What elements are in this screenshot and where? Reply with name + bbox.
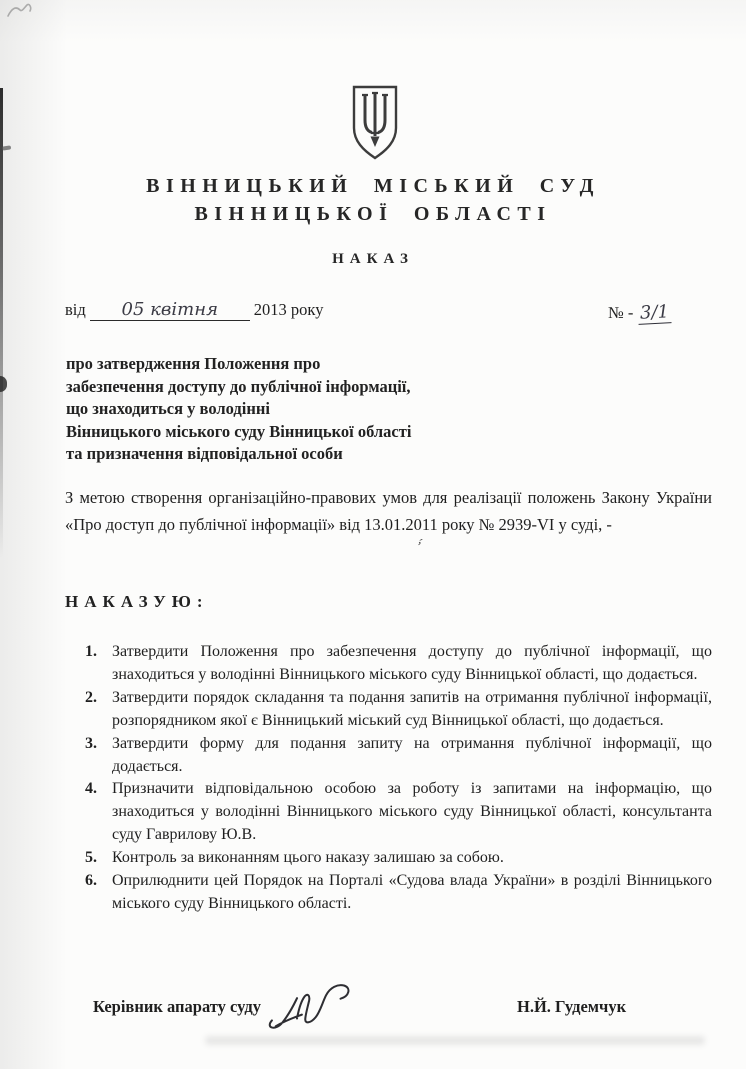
- order-item-5: 5. Контроль за виконанням цього наказу з…: [85, 847, 712, 870]
- signatory-name: Н.Й. Гудемчук: [517, 997, 626, 1017]
- date-block: від05 квітня2013 року: [65, 300, 323, 321]
- order-item-text: Призначити відповідальною особою за робо…: [112, 780, 712, 843]
- order-item-number: 5.: [85, 847, 97, 870]
- handwritten-date: 05 квітня: [90, 301, 250, 321]
- order-heading: НАКАЗУЮ:: [65, 592, 209, 612]
- order-subject: про затвердження Положення про забезпече…: [66, 353, 546, 466]
- court-name-heading: ВІННИЦЬКИЙ МІСЬКИЙ СУД ВІННИЦЬКОЇ ОБЛАСТ…: [0, 172, 746, 228]
- date-year-label: 2013 року: [254, 300, 324, 319]
- page-bleedthrough-smudge: [205, 1036, 705, 1045]
- order-item-2: 2. Затвердити порядок складання та подан…: [85, 687, 712, 733]
- order-item-text: Оприлюднити цей Порядок на Порталі «Судо…: [112, 872, 712, 912]
- order-item-number: 4.: [85, 778, 97, 801]
- order-item-text: Контроль за виконанням цього наказу зали…: [112, 849, 504, 866]
- signatory-title: Керівник апарату суду: [93, 997, 261, 1017]
- handwritten-order-number: 3/1: [638, 301, 672, 325]
- court-name-line1: ВІННИЦЬКИЙ МІСЬКИЙ СУД: [0, 172, 746, 200]
- order-number-block: № -3/1: [608, 302, 671, 324]
- order-item-text: Затвердити форму для подання запиту на о…: [112, 735, 712, 775]
- scan-corner-pen-mark: [6, 2, 46, 24]
- order-item-1: 1. Затвердити Положення про забезпечення…: [85, 641, 712, 687]
- scan-edge-blob: [0, 376, 7, 392]
- court-name-line2: ВІННИЦЬКОЇ ОБЛАСТІ: [0, 200, 746, 228]
- order-item-number: 2.: [85, 687, 97, 710]
- order-item-text: Затвердити порядок складання та подання …: [112, 689, 712, 729]
- order-number-label: № -: [608, 303, 633, 322]
- ukraine-trident-emblem-icon: [350, 84, 400, 162]
- order-item-4: 4. Призначити відповідальною особою за р…: [85, 778, 712, 847]
- scan-edge-mark: [2, 145, 11, 150]
- date-prefix-label: від: [65, 300, 86, 319]
- order-items-list: 1. Затвердити Положення про забезпечення…: [85, 641, 712, 916]
- document-type-title: НАКАЗ: [0, 251, 746, 268]
- order-preamble: З метою створення організаційно-правових…: [65, 485, 712, 538]
- stray-pen-mark: ’́: [414, 540, 422, 557]
- order-item-number: 6.: [85, 870, 97, 893]
- scan-edge-shadow: [0, 88, 3, 558]
- order-item-3: 3. Затвердити форму для подання запиту н…: [85, 733, 712, 779]
- order-item-6: 6. Оприлюднити цей Порядок на Порталі «С…: [85, 870, 712, 916]
- order-item-text: Затвердити Положення про забезпечення до…: [112, 643, 712, 683]
- order-item-number: 3.: [85, 733, 97, 756]
- order-item-number: 1.: [85, 641, 97, 664]
- scanned-court-order-page: ’́ ВІННИЦЬКИЙ МІСЬКИЙ СУД ВІННИЦЬКОЇ ОБЛ…: [0, 0, 746, 1069]
- handwritten-signature-icon: [262, 975, 392, 1033]
